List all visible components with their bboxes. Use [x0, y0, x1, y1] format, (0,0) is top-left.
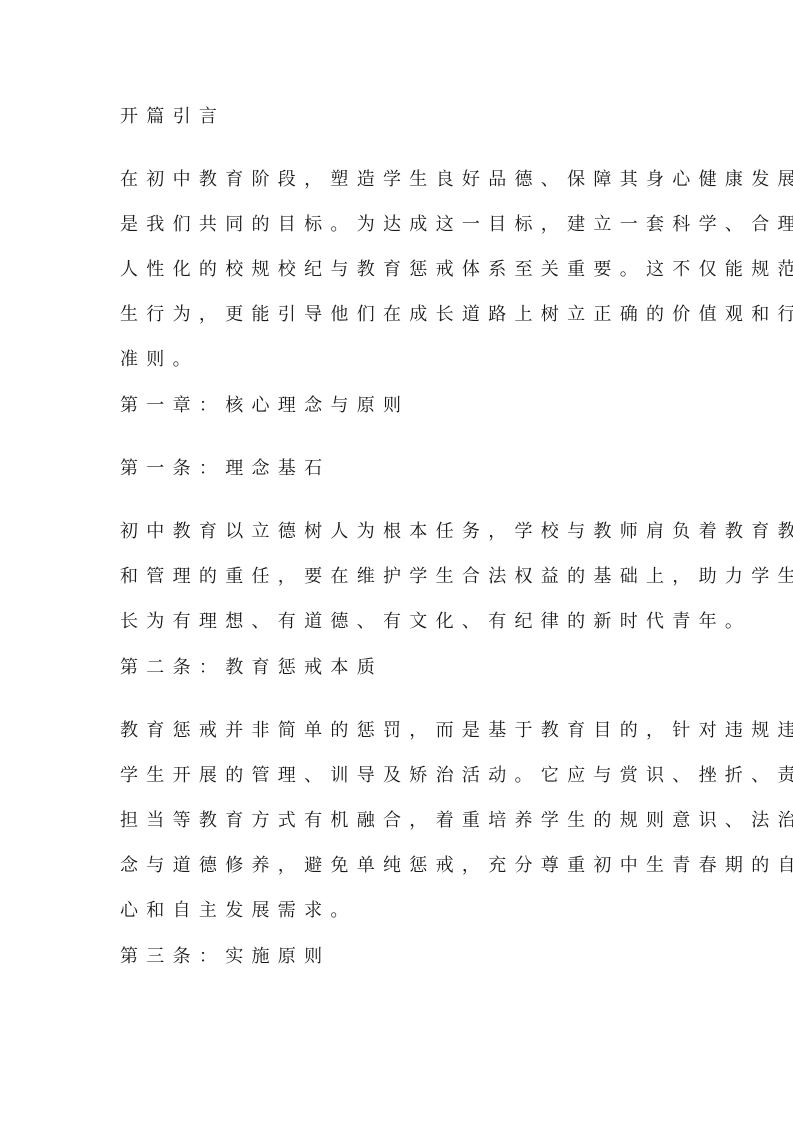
paragraph-line: 和管理的重任，要在维护学生合法权益的基础上，助力学生成 — [120, 554, 793, 599]
article-heading-2: 第二条：教育惩戒本质 — [120, 645, 383, 690]
paragraph-article-1: 初中教育以立德树人为根本任务，学校与教师肩负着教育教学 和管理的重任，要在维护学… — [120, 509, 793, 644]
paragraph-intro: 在初中教育阶段，塑造学生良好品德、保障其身心健康发展， 是我们共同的目标。为达成… — [120, 157, 793, 382]
paragraph-line: 是我们共同的目标。为达成这一目标，建立一套科学、合理且 — [120, 202, 793, 247]
paragraph-line: 准则。 — [120, 337, 793, 382]
paragraph-line: 担当等教育方式有机融合，着重培养学生的规则意识、法治观 — [120, 798, 793, 843]
heading-line: 第二条：教育惩戒本质 — [120, 645, 383, 690]
paragraph-line: 初中教育以立德树人为根本任务，学校与教师肩负着教育教学 — [120, 509, 793, 554]
paragraph-article-2: 教育惩戒并非简单的惩罚，而是基于教育目的，针对违规违纪 学生开展的管理、训导及矫… — [120, 708, 793, 933]
chapter-heading-1: 第一章：核心理念与原则 — [120, 383, 409, 428]
paragraph-line: 心和自主发展需求。 — [120, 888, 793, 933]
paragraph-line: 在初中教育阶段，塑造学生良好品德、保障其身心健康发展， — [120, 157, 793, 202]
paragraph-line: 学生开展的管理、训导及矫治活动。它应与赏识、挫折、责任 — [120, 753, 793, 798]
heading-line: 开篇引言 — [120, 94, 225, 139]
paragraph-line: 念与道德修养，避免单纯惩戒，充分尊重初中生青春期的自尊 — [120, 843, 793, 888]
paragraph-line: 长为有理想、有道德、有文化、有纪律的新时代青年。 — [120, 599, 793, 644]
paragraph-line: 教育惩戒并非简单的惩罚，而是基于教育目的，针对违规违纪 — [120, 708, 793, 753]
heading-line: 第三条：实施原则 — [120, 934, 330, 979]
paragraph-line: 生行为，更能引导他们在成长道路上树立正确的价值观和行为 — [120, 292, 793, 337]
heading-line: 第一章：核心理念与原则 — [120, 383, 409, 428]
article-heading-3: 第三条：实施原则 — [120, 934, 330, 979]
section-heading-intro: 开篇引言 — [120, 94, 225, 139]
paragraph-line: 人性化的校规校纪与教育惩戒体系至关重要。这不仅能规范学 — [120, 247, 793, 292]
heading-line: 第一条：理念基石 — [120, 446, 330, 491]
article-heading-1: 第一条：理念基石 — [120, 446, 330, 491]
